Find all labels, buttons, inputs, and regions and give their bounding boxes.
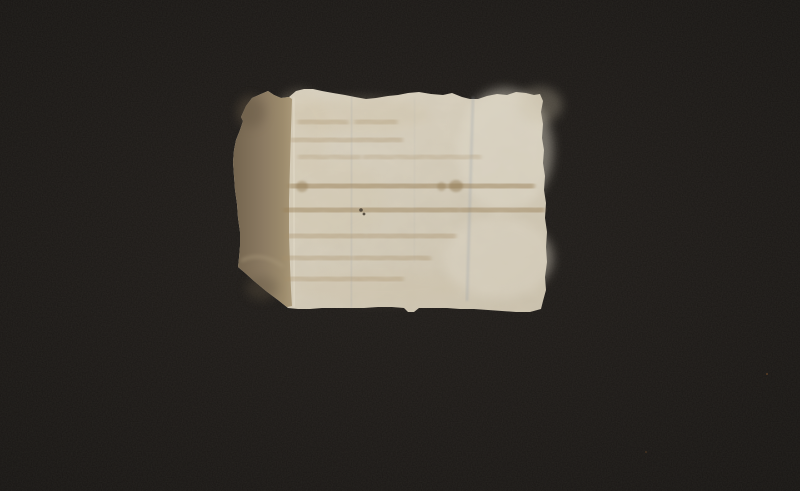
photo-svg bbox=[0, 0, 800, 491]
showthrough-text-row bbox=[362, 278, 400, 281]
ink-blob bbox=[449, 180, 463, 192]
showthrough-text-row bbox=[289, 278, 356, 281]
showthrough-text-row bbox=[293, 185, 420, 188]
paper-stain bbox=[275, 158, 385, 242]
fold-shadow bbox=[237, 96, 265, 128]
showthrough-text-row bbox=[357, 139, 400, 142]
showthrough-text-row bbox=[290, 235, 362, 238]
showthrough-text-row bbox=[366, 156, 478, 159]
showthrough-text-row bbox=[464, 209, 540, 212]
showthrough-text-row bbox=[286, 257, 348, 260]
photo-stage bbox=[0, 0, 800, 491]
fold-shadow bbox=[246, 276, 278, 300]
showthrough-text-row bbox=[288, 209, 455, 212]
dust-speck bbox=[766, 373, 768, 375]
showthrough-text-row bbox=[294, 139, 350, 142]
showthrough-text-row bbox=[301, 156, 358, 159]
showthrough-text-row bbox=[370, 235, 452, 238]
paper-stain bbox=[443, 218, 553, 298]
showthrough-text-row bbox=[356, 257, 430, 260]
ink-dot bbox=[359, 208, 363, 212]
paper-stain bbox=[518, 87, 562, 123]
showthrough-text-row bbox=[358, 121, 394, 124]
showthrough-text-row bbox=[301, 121, 350, 124]
ink-dot bbox=[363, 213, 366, 216]
dust-speck bbox=[645, 451, 647, 453]
ink-blob bbox=[437, 182, 446, 191]
ink-blob bbox=[296, 181, 308, 192]
